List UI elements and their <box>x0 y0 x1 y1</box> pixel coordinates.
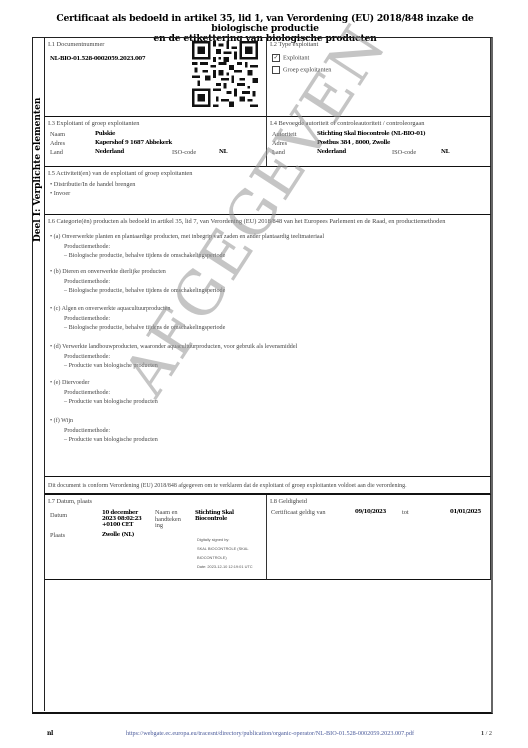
address-label: Adres <box>50 140 65 147</box>
section-label: I.4 Bevoegde autoriteit of controleautor… <box>270 120 424 127</box>
section-label: I.6 Categorie(ën) producten als bedoeld … <box>48 218 478 225</box>
authority-name: Stichting Skal Biocontrole (NL-BIO-01) <box>317 131 425 137</box>
valid-from-label: Certificaat geldig van <box>271 509 326 516</box>
activity-item: • Distributie/In de handel brengen <box>50 181 135 188</box>
date-label: Datum <box>50 512 67 519</box>
section-authority: I.4 Bevoegde autoriteit of controleautor… <box>267 117 491 167</box>
checkbox-groep-exploitanten[interactable]: Groep exploitanten <box>272 66 331 74</box>
operator-name: Pulskie <box>95 131 115 137</box>
section-date-place: I.7 Datum, plaats Datum 10 december2023 … <box>45 495 267 580</box>
category-f: • (f) Wijn Productiemethode: – Productie… <box>50 417 158 446</box>
place-label: Plaats <box>50 532 65 539</box>
operator-address: Kapershof 9 1687 Abbekerk <box>95 140 172 146</box>
category-b: • (b) Dieren en onverwerkte dierlijke pr… <box>50 268 225 297</box>
checkbox-checked-icon[interactable]: ✓ <box>272 54 280 62</box>
footer-url-link[interactable]: https://webgate.ec.europa.eu/tracesnt/di… <box>126 730 414 737</box>
sidebar-label: Deel I: Verplichte elementen <box>33 162 43 242</box>
category-d: • (d) Verwerkte landbouwproducten, waaro… <box>50 343 297 372</box>
operator-iso: NL <box>219 149 227 155</box>
valid-to-label: tot <box>402 509 409 516</box>
authority-label: Autoriteit <box>272 131 296 138</box>
section-label: I.5 Activiteit(en) van de exploitant of … <box>48 170 192 177</box>
authority-country: Nederland <box>317 149 346 155</box>
iso-label: ISO-code <box>172 149 196 156</box>
section-label: I.8 Geldigheid <box>270 498 307 505</box>
section-label: I.3 Exploitant of groep exploitanten <box>48 120 139 127</box>
conformity-statement: Dit document is conform Verordening (EU)… <box>48 483 407 489</box>
authority-iso: NL <box>441 149 449 155</box>
document-number: NL-BIO-01.528-0002059.2023.007 <box>50 56 145 62</box>
qr-code-icon <box>192 41 258 107</box>
footer-language: nl <box>47 730 53 737</box>
category-a: • (a) Onverwerkte planten en plantaardig… <box>50 233 324 262</box>
section-label: I.7 Datum, plaats <box>48 498 92 505</box>
section-operator: I.3 Exploitant of groep exploitanten Naa… <box>45 117 267 167</box>
issue-place: Zwolle (NL) <box>102 532 134 538</box>
title-line-1: Certificaat als bedoeld in artikel 35, l… <box>30 14 500 34</box>
digital-signature: Digitally signed by:SKAL BIOCONTROLE (SK… <box>197 535 253 571</box>
section-activities: I.5 Activiteit(en) van de exploitant of … <box>45 167 491 215</box>
section-operator-type: I.2 Type exploitant ✓Exploitant Groep ex… <box>267 38 491 117</box>
page-indicator: 1 / 2 <box>481 730 492 737</box>
country-label: Land <box>272 149 285 156</box>
issue-date: 10 december2023 08:02:23+0100 CET <box>102 510 141 528</box>
activity-item: • Invoer <box>50 190 70 197</box>
iso-label: ISO-code <box>392 149 416 156</box>
checkbox-unchecked-icon[interactable] <box>272 66 280 74</box>
signatory-name: Stichting SkalBiocontrole <box>195 510 234 522</box>
valid-from: 09/10/2023 <box>355 509 386 515</box>
sidebar: Deel I: Verplichte elementen <box>32 37 45 711</box>
authority-address: Postbus 384 , 8000, Zwolle <box>317 140 390 146</box>
section-label: I.2 Type exploitant <box>270 41 318 48</box>
section-label: I.1 Documentnummer <box>48 41 104 48</box>
conformity-statement-box: Dit document is conform Verordening (EU)… <box>45 477 491 495</box>
operator-country: Nederland <box>95 149 124 155</box>
signature-name-label: Naam enhandtekening <box>155 510 181 530</box>
category-c: • (c) Algen en onverwerkte aquacultuurpr… <box>50 305 225 334</box>
valid-to: 01/01/2025 <box>450 509 481 515</box>
section-validity: I.8 Geldigheid Certificaat geldig van 09… <box>267 495 491 580</box>
category-e: • (e) Diervoeder Productiemethode: – Pro… <box>50 379 158 408</box>
name-label: Naam <box>50 131 65 138</box>
address-label: Adres <box>272 140 287 147</box>
checkbox-exploitant[interactable]: ✓Exploitant <box>272 54 309 62</box>
country-label: Land <box>50 149 63 156</box>
